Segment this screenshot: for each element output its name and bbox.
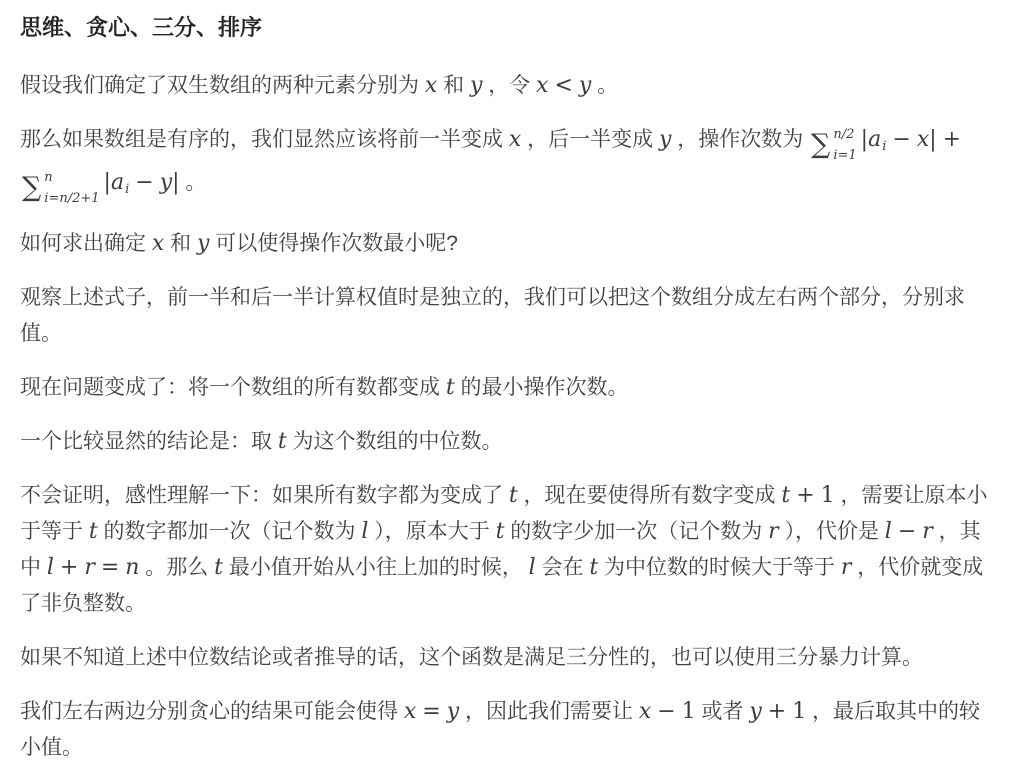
inline-math: t xyxy=(589,555,598,580)
math-token: − xyxy=(892,127,910,152)
text-run: 的数字都加一次（记个数为 xyxy=(98,520,362,543)
math-token: t xyxy=(89,519,98,544)
text-run: 和 xyxy=(164,232,197,255)
math-subscript: i xyxy=(882,139,886,154)
inline-math: ∑n/2i=1|ai−x|+ xyxy=(809,127,967,152)
math-token: x xyxy=(509,127,521,152)
math-token: − xyxy=(135,170,153,195)
math-token: t xyxy=(446,375,455,400)
math-subscript: i xyxy=(125,182,129,197)
text-run: 。那么 xyxy=(139,556,214,579)
text-run: 如果不知道上述中位数结论或者推导的话，这个函数是满足三分性的，也可以使用三分暴力… xyxy=(20,646,923,669)
inline-math: l+r=n xyxy=(47,555,140,580)
text-run: 为中位数的时候大于等于 xyxy=(598,556,841,579)
text-run: 我们左右两边分别贪心的结果可能会使得 xyxy=(20,700,404,723)
math-token: x xyxy=(404,699,416,724)
text-run: ，后一半变成 xyxy=(521,128,659,151)
math-token: 1 xyxy=(682,699,696,724)
paragraph: 假设我们确定了双生数组的两种元素分别为 x 和 y ，令 x<y 。 xyxy=(20,68,995,104)
math-token: | xyxy=(929,127,936,152)
paragraph: 如何求出确定 x 和 y 可以使得操作次数最小呢? xyxy=(20,226,995,262)
math-token: − xyxy=(898,519,916,544)
inline-math: x<y xyxy=(536,73,591,98)
summation-upper-limit: n xyxy=(44,171,99,184)
paragraph: 如果不知道上述中位数结论或者推导的话，这个函数是满足三分性的，也可以使用三分暴力… xyxy=(20,640,995,676)
inline-math: t xyxy=(89,519,98,544)
math-token: l xyxy=(47,555,54,580)
summation-limits: ni=n/2+1 xyxy=(44,171,99,205)
math-token: r xyxy=(841,555,852,580)
math-token: | xyxy=(172,170,179,195)
math-token: y xyxy=(749,699,761,724)
math-token: n xyxy=(125,555,139,580)
paragraph: 现在问题变成了：将一个数组的所有数都变成 t 的最小操作次数。 xyxy=(20,370,995,406)
text-run: 和 xyxy=(437,74,470,97)
math-token: l xyxy=(529,555,536,580)
inline-math: t xyxy=(509,483,518,508)
text-run: 为这个数组的中位数。 xyxy=(287,430,503,453)
document: 思维、贪心、三分、排序 假设我们确定了双生数组的两种元素分别为 x 和 y ，令… xyxy=(0,0,1021,766)
inline-math: x xyxy=(425,73,437,98)
summation-lower-limit: i=1 xyxy=(833,149,856,162)
math-token: y xyxy=(160,170,172,195)
math-token: y xyxy=(659,127,671,152)
text-run: 如何求出确定 xyxy=(20,232,152,255)
summation-symbol: ∑n/2i=1 xyxy=(811,128,857,162)
math-token: y xyxy=(470,73,482,98)
text-run: ，令 xyxy=(482,74,536,97)
math-token: y xyxy=(447,699,459,724)
math-token: t xyxy=(214,555,223,580)
text-run: 一个比较显然的结论是：取 xyxy=(20,430,278,453)
inline-math: l xyxy=(529,555,536,580)
text-run: ，操作次数为 xyxy=(671,128,809,151)
text-run: 观察上述式子，前一半和后一半计算权值时是独立的，我们可以把这个数组分成左右两个部… xyxy=(20,286,965,345)
paragraph: 观察上述式子，前一半和后一半计算权值时是独立的，我们可以把这个数组分成左右两个部… xyxy=(20,280,995,352)
inline-math: x−1 xyxy=(639,699,696,724)
math-token: r xyxy=(922,519,933,544)
math-token: − xyxy=(657,699,675,724)
text-run: 会在 xyxy=(536,556,590,579)
math-token: r xyxy=(84,555,95,580)
text-run: ），原本大于 xyxy=(368,520,495,543)
text-run: ，因此我们需要让 xyxy=(459,700,639,723)
inline-math: ∑ni=n/2+1|ai−y| xyxy=(20,170,180,195)
math-token: y xyxy=(197,231,209,256)
text-run: 的数字少加一次（记个数为 xyxy=(504,520,768,543)
inline-math: x xyxy=(509,127,521,152)
inline-math: y+1 xyxy=(749,699,806,724)
math-token: | xyxy=(104,170,111,195)
text-run: 。 xyxy=(591,74,618,97)
inline-math: l−r xyxy=(885,519,933,544)
math-token: l xyxy=(885,519,892,544)
inline-math: t+1 xyxy=(781,483,834,508)
math-token: + xyxy=(943,127,961,152)
text-run: 那么如果数组是有序的，我们显然应该将前一半变成 xyxy=(20,128,509,151)
page-title: 思维、贪心、三分、排序 xyxy=(20,14,995,42)
sigma-glyph: ∑ xyxy=(811,132,830,158)
math-token: x xyxy=(152,231,164,256)
math-token: x xyxy=(917,127,929,152)
inline-math: x=y xyxy=(404,699,459,724)
math-token: x xyxy=(536,73,548,98)
inline-math: t xyxy=(446,375,455,400)
text-run: 现在问题变成了：将一个数组的所有数都变成 xyxy=(20,376,446,399)
text-run: 最小值开始从小往上加的时候， xyxy=(223,556,529,579)
inline-math: x xyxy=(152,231,164,256)
inline-math: y xyxy=(197,231,209,256)
text-run: 不会证明，感性理解一下：如果所有数字都为变成了 xyxy=(20,484,509,507)
math-token: ai xyxy=(868,127,886,152)
text-run: ，现在要使得所有数字变成 xyxy=(518,484,782,507)
inline-math: r xyxy=(768,519,779,544)
math-token: | xyxy=(861,127,868,152)
inline-math: t xyxy=(214,555,223,580)
math-token: r xyxy=(768,519,779,544)
text-run: ），代价是 xyxy=(779,520,885,543)
math-token: + xyxy=(60,555,78,580)
math-token: + xyxy=(796,483,814,508)
sigma-glyph: ∑ xyxy=(22,175,41,201)
math-token: t xyxy=(278,429,287,454)
math-token: = xyxy=(101,555,119,580)
math-token: < xyxy=(554,73,572,98)
math-token: + xyxy=(768,699,786,724)
math-token: 1 xyxy=(792,699,806,724)
inline-math: y xyxy=(659,127,671,152)
text-run: 假设我们确定了双生数组的两种元素分别为 xyxy=(20,74,425,97)
summation-symbol: ∑ni=n/2+1 xyxy=(22,171,100,205)
math-token: x xyxy=(425,73,437,98)
summation-limits: n/2i=1 xyxy=(833,128,856,162)
paragraph: 我们左右两边分别贪心的结果可能会使得 x=y ，因此我们需要让 x−1 或者 y… xyxy=(20,694,995,766)
inline-math: r xyxy=(841,555,852,580)
paragraph: 那么如果数组是有序的，我们显然应该将前一半变成 x ，后一半变成 y ，操作次数… xyxy=(20,122,995,208)
math-token: = xyxy=(422,699,440,724)
math-token: 1 xyxy=(821,483,835,508)
math-token: x xyxy=(639,699,651,724)
inline-math: y xyxy=(470,73,482,98)
text-run: 的最小操作次数。 xyxy=(455,376,629,399)
paragraph: 一个比较显然的结论是：取 t 为这个数组的中位数。 xyxy=(20,424,995,460)
text-run: 可以使得操作次数最小呢? xyxy=(209,232,458,255)
math-token: y xyxy=(579,73,591,98)
math-token: t xyxy=(589,555,598,580)
paragraph: 不会证明，感性理解一下：如果所有数字都为变成了 t ，现在要使得所有数字变成 t… xyxy=(20,478,995,622)
summation-upper-limit: n/2 xyxy=(833,128,856,141)
text-run: 。 xyxy=(180,171,207,194)
math-token: t xyxy=(781,483,790,508)
document-body: 假设我们确定了双生数组的两种元素分别为 x 和 y ，令 x<y 。那么如果数组… xyxy=(20,68,995,766)
math-token: ai xyxy=(111,170,129,195)
math-token: t xyxy=(509,483,518,508)
summation-lower-limit: i=n/2+1 xyxy=(44,192,99,205)
inline-math: t xyxy=(278,429,287,454)
text-run: 或者 xyxy=(696,700,750,723)
